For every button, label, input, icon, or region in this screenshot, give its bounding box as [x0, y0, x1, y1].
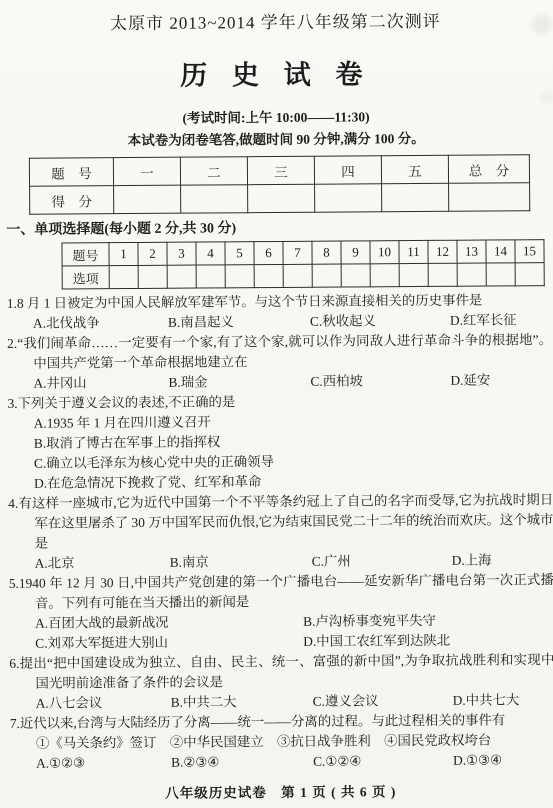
- question-options: A.①②③ B.②③④ C.①②④ D.①③④: [36, 750, 553, 774]
- score-header-cell: 二: [180, 157, 247, 185]
- question-stem: 4.有这样一座城市,它为近代中国第一个不平等条约冠上了自己的名字而受辱,它为抗战…: [8, 490, 553, 554]
- answer-grid-blank-cell: [283, 264, 312, 287]
- score-header-cell: 总 分: [448, 155, 529, 184]
- option-c: C.秋收起义: [310, 311, 450, 332]
- page-footer: 八年级历史试卷 第 1 页 ( 共 6 页 ): [10, 779, 551, 803]
- exam-subject-title: 历 史 试 卷: [5, 56, 546, 94]
- answer-grid-number: 5: [225, 242, 254, 265]
- option-b: B.卢沟桥事变宛平失守: [303, 610, 553, 632]
- score-blank-cell: [315, 184, 382, 212]
- exam-time-note: (考试时间:上午 10:00——11:30): [6, 106, 547, 129]
- question-3: 3.下列关于遵义会议的表述,不正确的是 A.1935 年 1 月在四川遵义召开 …: [8, 390, 553, 494]
- score-blank-cell: [449, 183, 530, 212]
- answer-grid-blank-cell: [196, 265, 225, 288]
- score-blank-cell: [114, 185, 181, 213]
- option-b: B.瑞金: [168, 372, 310, 393]
- option-b: B.南昌起义: [168, 312, 310, 333]
- score-header-cell: 四: [314, 156, 381, 184]
- option-a: A.百团大战的最新战况: [35, 612, 303, 634]
- option-a: A.北伐战争: [33, 313, 168, 334]
- option-d: D.红军长征: [450, 310, 552, 331]
- question-stem: 6.提出“把中国建设成为独立、自由、民主、统一、富强的新中国”,为争取抗战胜利和…: [9, 650, 553, 694]
- answer-grid-number: 8: [312, 241, 341, 264]
- answer-grid-blank-cell: [167, 265, 196, 288]
- option-d: D.中国工农红军到达陕北: [303, 630, 553, 652]
- score-header-cell: 一: [113, 157, 180, 185]
- option-d: D.中共七大: [453, 690, 553, 711]
- question-stem: 5.1940 年 12 月 30 日,中国共产党创建的第一个广播电台——延安新华…: [9, 570, 553, 614]
- page-content: 太原市 2013~2014 学年八年级第二次测评 历 史 试 卷 (考试时间:上…: [0, 0, 553, 803]
- exam-instructions: 本试卷为闭卷笔答,做题时间 90 分钟,满分 100 分。: [6, 128, 547, 151]
- option-d: D.延安: [450, 370, 552, 391]
- option-b: B.中共二大: [171, 692, 313, 713]
- answer-grid-blank-cell: [225, 265, 254, 288]
- answer-grid-number: 2: [138, 242, 167, 265]
- option-a: A.①②③: [36, 753, 171, 774]
- question-options: A.1935 年 1 月在四川遵义召开 B.取消了博古在军事上的指挥权 C.确立…: [34, 410, 553, 494]
- answer-grid-blank-cell: [486, 263, 515, 286]
- option-c: C.遵义会议: [313, 691, 453, 712]
- answer-grid-number: 14: [486, 240, 515, 263]
- answer-grid-table: 题号 1 2 3 4 5 6 7 8 9 10 11 12 13 14 15 选…: [61, 239, 544, 289]
- exam-session-title: 太原市 2013~2014 学年八年级第二次测评: [5, 10, 546, 36]
- answer-grid-number: 9: [341, 241, 370, 264]
- answer-grid-blank-cell: [109, 265, 138, 288]
- question-7: 7.近代以来,台湾与大陆经历了分离——统一——分离的过程。与此过程相关的事件有 …: [10, 710, 553, 774]
- answer-grid-number: 11: [399, 240, 428, 263]
- option-c: C.①②④: [313, 751, 453, 772]
- question-list: 1.8 月 1 日被定为中国人民解放军建军节。与这个节日来源直接相关的历史事件是…: [7, 290, 553, 774]
- answer-grid-blank-cell: [428, 263, 457, 286]
- option-a: A.北京: [35, 553, 170, 574]
- answer-grid-number: 12: [428, 240, 457, 263]
- score-header-cell: 题 号: [29, 158, 113, 187]
- answer-grid-number: 7: [283, 241, 312, 264]
- score-header-cell: 五: [381, 155, 448, 183]
- option-b: B.南京: [170, 552, 312, 573]
- score-blank-cell: [181, 185, 248, 213]
- option-d: D.①③④: [453, 750, 553, 771]
- answer-grid-blank-cell: [341, 264, 370, 287]
- answer-grid-option-row: 选项: [62, 263, 544, 289]
- answer-grid-number: 15: [515, 240, 544, 263]
- answer-grid-blank-cell: [138, 265, 167, 288]
- answer-grid-blank-cell: [370, 264, 399, 287]
- exam-paper-page: 太原市 2013~2014 学年八年级第二次测评 历 史 试 卷 (考试时间:上…: [0, 0, 553, 808]
- question-6: 6.提出“把中国建设成为独立、自由、民主、统一、富强的新中国”,为争取抗战胜利和…: [9, 650, 553, 714]
- score-blank-cell: [248, 184, 315, 212]
- answer-grid-blank-cell: [515, 263, 544, 286]
- answer-grid-blank-cell: [312, 264, 341, 287]
- question-1: 1.8 月 1 日被定为中国人民解放军建军节。与这个节日来源直接相关的历史事件是…: [7, 290, 552, 334]
- option-a: A.八七会议: [36, 693, 171, 714]
- answer-grid-label: 选项: [62, 266, 109, 289]
- question-options: A.井冈山 B.瑞金 C.西柏坡 D.延安: [33, 370, 552, 394]
- answer-grid-number: 13: [457, 240, 486, 263]
- question-stem: 2.“我们闹革命……一定要有一个家,有了这个家,就可以作为同敌人进行革命斗争的根…: [7, 330, 552, 374]
- score-label-cell: 得 分: [30, 186, 114, 215]
- score-blank-cell: [382, 183, 449, 211]
- option-c: C.刘邓大军挺进大别山: [35, 632, 303, 654]
- answer-grid-number: 10: [370, 241, 399, 264]
- score-table-header-row: 题 号 一 二 三 四 五 总 分: [29, 155, 529, 186]
- option-b: B.②③④: [171, 752, 313, 773]
- option-a: A.井冈山: [33, 373, 168, 394]
- question-5: 5.1940 年 12 月 30 日,中国共产党创建的第一个广播电台——延安新华…: [9, 570, 553, 654]
- option-c: C.西柏坡: [310, 371, 450, 392]
- answer-grid-blank-cell: [399, 263, 428, 286]
- answer-grid-label: 题号: [62, 243, 109, 266]
- question-options: A.百团大战的最新战况 B.卢沟桥事变宛平失守 C.刘邓大军挺进大别山 D.中国…: [35, 610, 553, 654]
- score-header-cell: 三: [247, 156, 314, 184]
- section1-heading: 一、单项选择题(每小题 2 分,共 30 分): [6, 217, 547, 241]
- option-d: D.上海: [452, 550, 553, 571]
- answer-grid-blank-cell: [254, 264, 283, 287]
- answer-grid-blank-cell: [457, 263, 486, 286]
- answer-grid-number-row: 题号 1 2 3 4 5 6 7 8 9 10 11 12 13 14 15: [62, 240, 544, 266]
- option-c: C.广州: [312, 551, 452, 572]
- score-summary-table: 题 号 一 二 三 四 五 总 分 得 分: [29, 154, 530, 214]
- question-4: 4.有这样一座城市,它为近代中国第一个不平等条约冠上了自己的名字而受辱,它为抗战…: [8, 490, 553, 574]
- question-2: 2.“我们闹革命……一定要有一个家,有了这个家,就可以作为同敌人进行革命斗争的根…: [7, 330, 552, 394]
- answer-grid-number: 1: [109, 242, 138, 265]
- answer-grid-number: 3: [167, 242, 196, 265]
- score-table-score-row: 得 分: [30, 183, 530, 214]
- answer-grid-number: 4: [196, 242, 225, 265]
- answer-grid-number: 6: [254, 241, 283, 264]
